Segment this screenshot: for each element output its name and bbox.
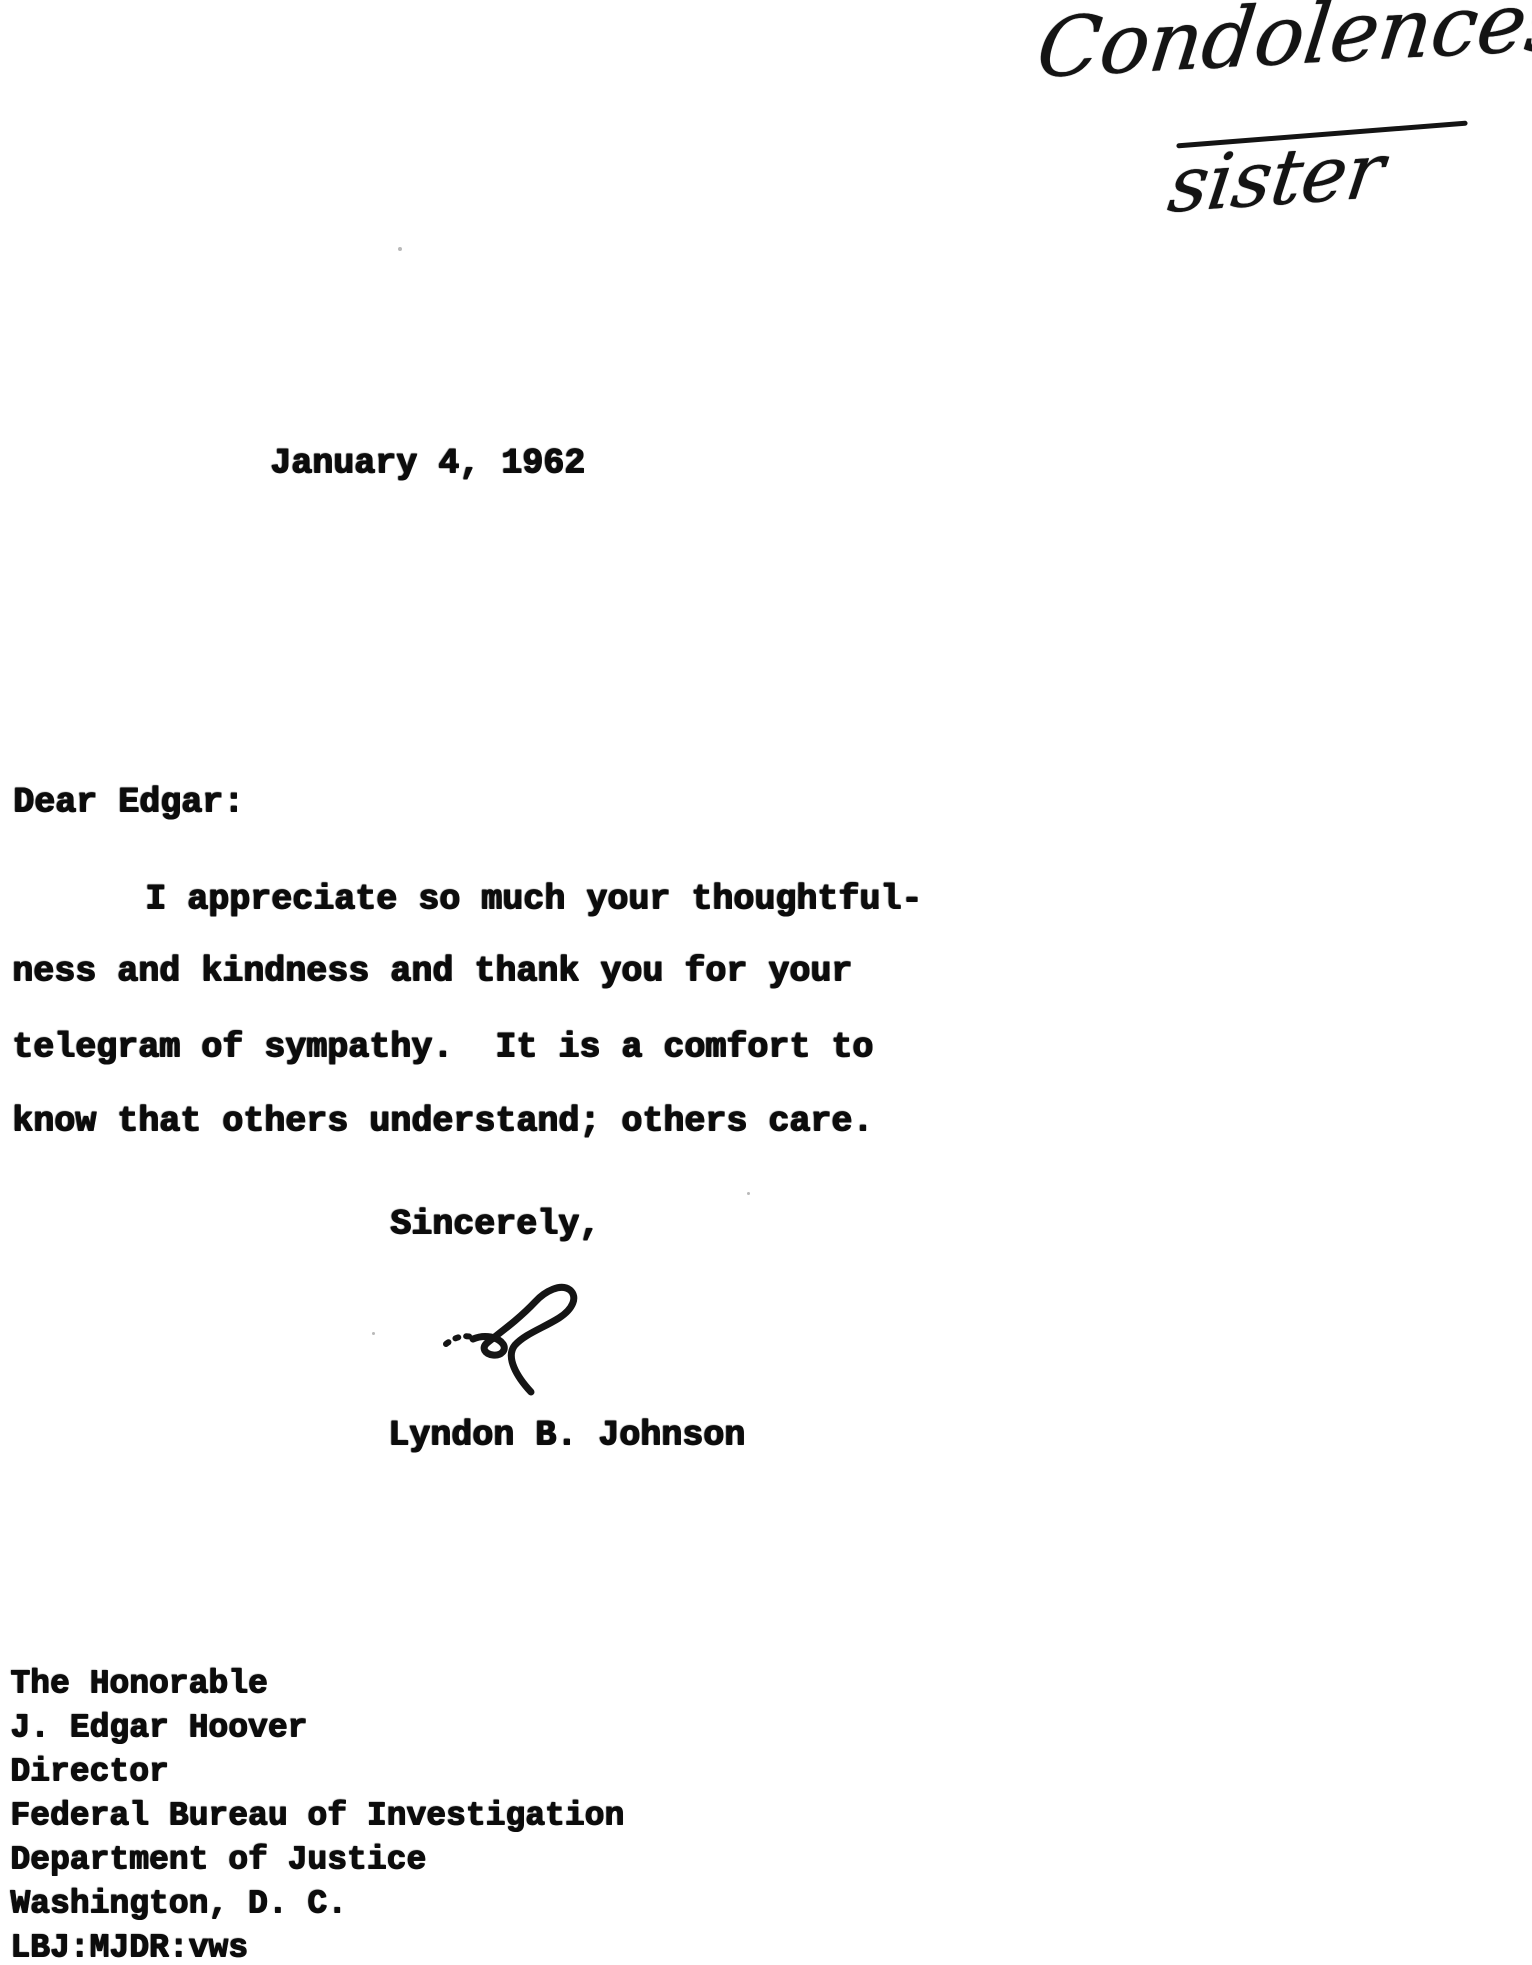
recipient-line: J. Edgar Hoover bbox=[10, 1706, 624, 1750]
recipient-line: Department of Justice bbox=[10, 1838, 624, 1882]
letter-salutation: Dear Edgar: bbox=[13, 781, 244, 823]
body-line: know that others understand; others care… bbox=[12, 1100, 873, 1142]
signature-flourish bbox=[443, 1282, 603, 1407]
scan-speck bbox=[372, 1332, 375, 1335]
body-line: ness and kindness and thank you for your bbox=[12, 950, 852, 992]
body-line: telegram of sympathy. It is a comfort to bbox=[12, 1026, 873, 1068]
scan-speck bbox=[398, 247, 402, 251]
scan-speck bbox=[747, 1192, 750, 1195]
signer-name: Lyndon B. Johnson bbox=[388, 1414, 745, 1456]
handwritten-note-sister: sister bbox=[1163, 125, 1389, 230]
scanned-letter-page: Condolences sister January 4, 1962 Dear … bbox=[0, 0, 1532, 1965]
recipient-address-block: The Honorable J. Edgar Hoover Director F… bbox=[10, 1662, 624, 1965]
recipient-line: The Honorable bbox=[10, 1662, 624, 1706]
letter-closing: Sincerely, bbox=[390, 1203, 600, 1245]
handwritten-note-condolences: Condolences bbox=[1032, 0, 1532, 97]
body-line: I appreciate so much your thoughtful- bbox=[145, 878, 922, 920]
recipient-line: LBJ:MJDR:vws bbox=[10, 1926, 624, 1965]
recipient-line: Director bbox=[10, 1750, 624, 1794]
recipient-line: Federal Bureau of Investigation bbox=[10, 1794, 624, 1838]
letter-date: January 4, 1962 bbox=[270, 442, 585, 484]
recipient-line: Washington, D. C. bbox=[10, 1882, 624, 1926]
